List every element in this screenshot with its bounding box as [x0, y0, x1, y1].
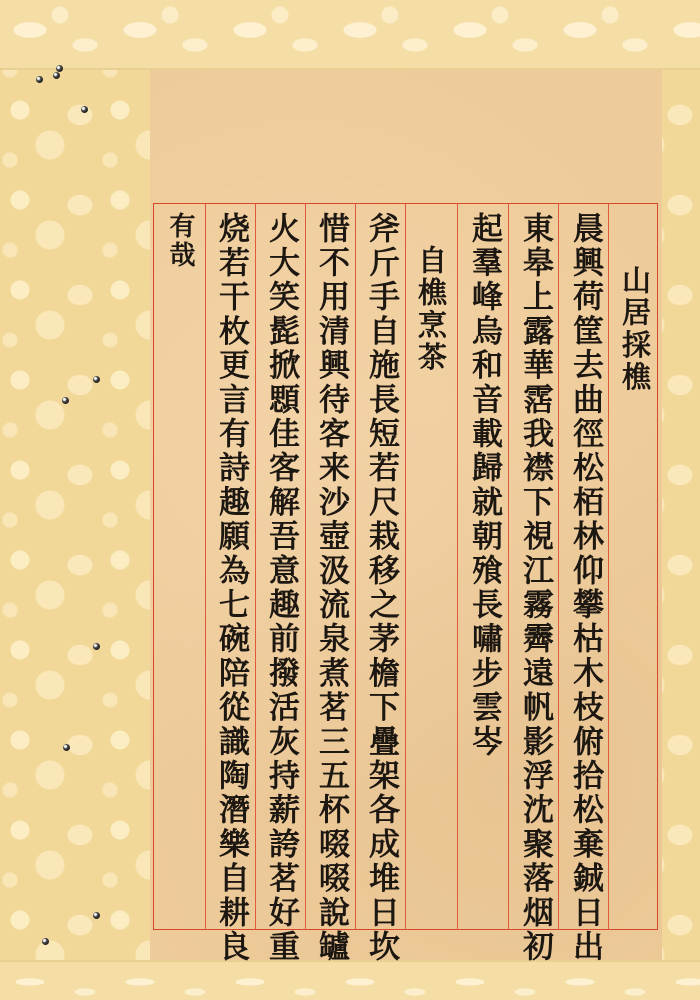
poem-title-shanju-caiqiao: 山居採樵 — [610, 265, 660, 394]
pin-hole-icon — [93, 376, 100, 383]
pin-hole-icon — [63, 744, 70, 751]
pin-hole-icon — [62, 397, 69, 404]
text-column-5: 斧斤手自施長短若尺栽移之茅檐下疊架各成堆日坎 — [356, 212, 406, 964]
pin-hole-icon — [93, 912, 100, 919]
pin-hole-icon — [81, 106, 88, 113]
silk-top-strip — [0, 0, 700, 70]
column-rule — [457, 203, 458, 930]
pin-hole-icon — [93, 643, 100, 650]
text-column-1: 晨興荷筐去曲徑松栢林仰攀枯木枝俯拾松棄鋮日出 — [560, 212, 610, 964]
pin-hole-icon — [36, 76, 43, 83]
text-column-8: 烧若干枚更言有詩趣願為七碗陪從識陶潛樂自耕良 — [206, 212, 256, 964]
text-column-7: 火大笑髭掀顋佳客解吾意趣前撥活灰持薪誇茗好重 — [256, 212, 306, 964]
text-column-3: 起羣峰烏和音載歸就朝飱長嘯步雲岑 — [459, 212, 509, 759]
text-column-9: 有哉 — [155, 212, 205, 270]
text-column-2: 東皋上露華霑我襟下視江霧霽遠帆影浮沈聚落烟初 — [510, 212, 560, 964]
pin-hole-icon — [53, 72, 60, 79]
pin-hole-icon — [56, 65, 63, 72]
text-column-6: 惜不用清興待客来沙壺汲流泉煮茗三五杯啜啜說罏 — [306, 212, 356, 964]
silk-bottom-strip — [0, 960, 700, 1000]
pin-hole-icon — [42, 938, 49, 945]
poem-title-ziqiao-pengcha: 自樵烹茶 — [406, 245, 456, 374]
